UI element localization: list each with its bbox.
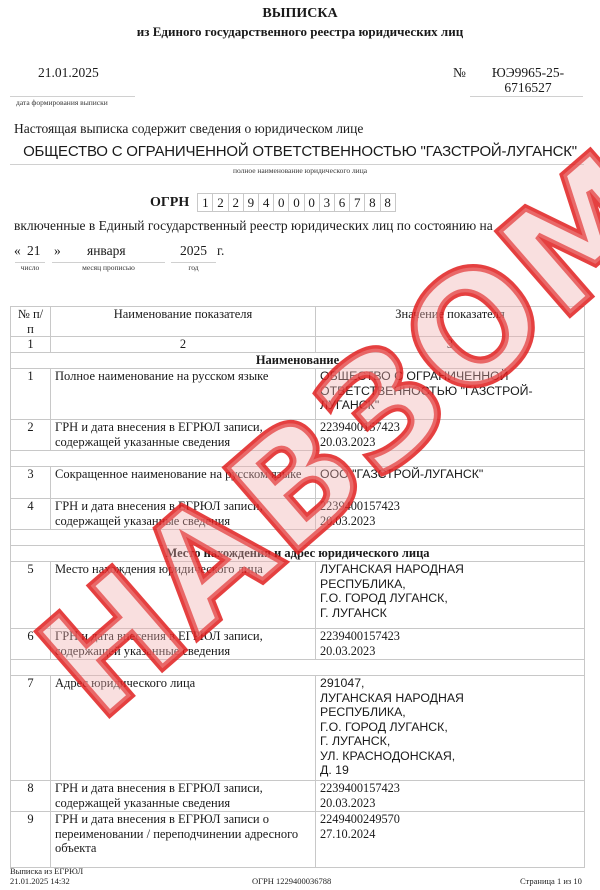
extract-number-line1: ЮЭ9965-25- — [483, 65, 573, 80]
value-line: РЕСПУБЛИКА, — [320, 577, 580, 592]
value-line: ОБЩЕСТВО С ОГРАНИЧЕННОЙ — [320, 369, 580, 384]
section-title: Место нахождения и адрес юридического ли… — [11, 546, 585, 562]
indicator-value: ОБЩЕСТВО С ОГРАНИЧЕННОЙОТВЕТСТВЕННОСТЬЮ … — [316, 369, 585, 420]
indicator-value: 291047,ЛУГАНСКАЯ НАРОДНАЯРЕСПУБЛИКА,Г.О.… — [316, 676, 585, 781]
indicator-value: ООО "ГАЗСТРОЙ-ЛУГАНСК" — [316, 467, 585, 499]
value-line: 2239400157423 — [320, 499, 580, 514]
value-line: 20.03.2023 — [320, 435, 580, 450]
value-line: ОТВЕТСТВЕННОСТЬЮ "ГАЗСТРОЙ- — [320, 384, 580, 399]
row-number: 1 — [11, 369, 51, 420]
value-line: Д. 19 — [320, 763, 580, 778]
value-line: РЕСПУБЛИКА, — [320, 705, 580, 720]
as-of-year: 2025 — [180, 243, 207, 259]
ogrn-field: ОГРН 1229400036788 — [150, 193, 396, 212]
row-number: 3 — [11, 467, 51, 499]
separator-cell — [11, 451, 585, 467]
value-line: Г. ЛУГАНСК — [320, 606, 580, 621]
separator-row — [11, 660, 585, 676]
table-row: 6ГРН и дата внесения в ЕГРЮЛ записи, сод… — [11, 629, 585, 660]
row-number: 2 — [11, 420, 51, 451]
ogrn-digit: 2 — [229, 194, 244, 211]
section-header-row: Место нахождения и адрес юридического ли… — [11, 546, 585, 562]
table-row: 1Полное наименование на русском языкеОБЩ… — [11, 369, 585, 420]
indicator-name: ГРН и дата внесения в ЕГРЮЛ записи о пер… — [51, 812, 316, 868]
separator-row — [11, 451, 585, 467]
table-row: 4ГРН и дата внесения в ЕГРЮЛ записи, сод… — [11, 499, 585, 530]
col-number-2: 2 — [51, 337, 316, 353]
as-of-day: 21 — [27, 243, 41, 259]
ogrn-digit: 1 — [198, 194, 213, 211]
value-line: 2239400157423 — [320, 629, 580, 644]
col-number-3: 3 — [316, 337, 585, 353]
indicator-value: 223940015742320.03.2023 — [316, 629, 585, 660]
number-underline — [470, 96, 583, 97]
col-number-1: 1 — [11, 337, 51, 353]
year-suffix: г. — [217, 243, 224, 259]
ogrn-digit: 0 — [289, 194, 304, 211]
company-full-name: ОБЩЕСТВО С ОГРАНИЧЕННОЙ ОТВЕТСТВЕННОСТЬЮ… — [0, 143, 600, 160]
indicator-value: 223940015742320.03.2023 — [316, 499, 585, 530]
table-row: 8ГРН и дата внесения в ЕГРЮЛ записи, сод… — [11, 781, 585, 812]
close-quote: » — [54, 243, 61, 259]
included-text: включенные в Единый государственный реес… — [14, 218, 493, 234]
value-line: ЛУГАНСКАЯ НАРОДНАЯ — [320, 562, 580, 577]
registry-table: № п/п Наименование показателя Значение п… — [10, 306, 585, 868]
indicator-name: Адрес юридического лица — [51, 676, 316, 781]
value-line: Г.О. ГОРОД ЛУГАНСК, — [320, 720, 580, 735]
footer-page-number: Страница 1 из 10 — [520, 876, 582, 886]
extract-date: 21.01.2025 — [38, 65, 99, 81]
indicator-name: ГРН и дата внесения в ЕГРЮЛ записи, соде… — [51, 629, 316, 660]
indicator-name: Полное наименование на русском языке — [51, 369, 316, 420]
ogrn-digit: 6 — [335, 194, 350, 211]
indicator-name: ГРН и дата внесения в ЕГРЮЛ записи, соде… — [51, 420, 316, 451]
extract-number: ЮЭ9965-25- 6716527 — [483, 65, 573, 95]
table-header-row: № п/п Наименование показателя Значение п… — [11, 307, 585, 337]
indicator-name: Место нахождения юридического лица — [51, 562, 316, 629]
row-number: 6 — [11, 629, 51, 660]
table-row: 3Сокращенное наименование на русском язы… — [11, 467, 585, 499]
table-row: 2ГРН и дата внесения в ЕГРЮЛ записи, сод… — [11, 420, 585, 451]
row-number: 4 — [11, 499, 51, 530]
value-line: 27.10.2024 — [320, 827, 580, 842]
footer-left: Выписка из ЕГРЮЛ 21.01.2025 14:32 — [10, 866, 83, 886]
day-caption: число — [15, 263, 45, 272]
value-line: УЛ. КРАСНОДОНСКАЯ, — [320, 749, 580, 764]
indicator-value: 224940024957027.10.2024 — [316, 812, 585, 868]
row-number: 7 — [11, 676, 51, 781]
ogrn-digit: 3 — [320, 194, 335, 211]
row-number: 9 — [11, 812, 51, 868]
value-line: Г.О. ГОРОД ЛУГАНСК, — [320, 591, 580, 606]
table-column-number-row: 1 2 3 — [11, 337, 585, 353]
document-subtitle: из Единого государственного реестра юрид… — [0, 24, 600, 40]
company-caption: полное наименование юридического лица — [0, 166, 600, 175]
ogrn-digit: 4 — [259, 194, 274, 211]
value-line: 20.03.2023 — [320, 796, 580, 811]
value-line: ООО "ГАЗСТРОЙ-ЛУГАНСК" — [320, 467, 580, 482]
date-caption: дата формирования выписки — [16, 98, 108, 107]
separator-cell — [11, 530, 585, 546]
row-number: 8 — [11, 781, 51, 812]
footer-doc-label: Выписка из ЕГРЮЛ — [10, 866, 83, 876]
ogrn-digit: 8 — [365, 194, 380, 211]
footer-generated-at: 21.01.2025 14:32 — [10, 876, 83, 886]
as-of-date: « 21 » января 2025 г. — [14, 243, 254, 263]
row-number: 5 — [11, 562, 51, 629]
document-title: ВЫПИСКА — [0, 6, 600, 22]
open-quote: « — [14, 243, 21, 259]
ogrn-label: ОГРН — [150, 195, 189, 211]
value-line: 20.03.2023 — [320, 644, 580, 659]
header-indicator-name: Наименование показателя — [51, 307, 316, 337]
ogrn-digit: 2 — [213, 194, 228, 211]
indicator-value: 223940015742320.03.2023 — [316, 781, 585, 812]
indicator-name: Сокращенное наименование на русском язык… — [51, 467, 316, 499]
table-row: 5Место нахождения юридического лицаЛУГАН… — [11, 562, 585, 629]
value-line: 2239400157423 — [320, 420, 580, 435]
indicator-value: ЛУГАНСКАЯ НАРОДНАЯРЕСПУБЛИКА,Г.О. ГОРОД … — [316, 562, 585, 629]
indicator-name: ГРН и дата внесения в ЕГРЮЛ записи, соде… — [51, 499, 316, 530]
value-line: 2249400249570 — [320, 812, 580, 827]
indicator-value: 223940015742320.03.2023 — [316, 420, 585, 451]
ogrn-digit-boxes: 1229400036788 — [197, 193, 395, 212]
ogrn-digit: 7 — [350, 194, 365, 211]
footer-ogrn: ОГРН 1229400036788 — [252, 876, 331, 886]
ogrn-digit: 8 — [381, 194, 395, 211]
value-line: 20.03.2023 — [320, 514, 580, 529]
value-line: 291047, — [320, 676, 580, 691]
indicator-name: ГРН и дата внесения в ЕГРЮЛ записи, соде… — [51, 781, 316, 812]
date-underline — [10, 96, 135, 97]
as-of-month: января — [87, 243, 126, 259]
table-row: 7Адрес юридического лица291047,ЛУГАНСКАЯ… — [11, 676, 585, 781]
table-body: Наименование1Полное наименование на русс… — [11, 353, 585, 868]
ogrn-digit: 9 — [244, 194, 259, 211]
ogrn-digit: 0 — [274, 194, 289, 211]
value-line: Г. ЛУГАНСК, — [320, 734, 580, 749]
extract-number-line2: 6716527 — [483, 80, 573, 95]
intro-text: Настоящая выписка содержит сведения о юр… — [14, 121, 363, 137]
separator-row — [11, 530, 585, 546]
header-indicator-value: Значение показателя — [316, 307, 585, 337]
ogrn-digit: 0 — [305, 194, 320, 211]
company-underline — [10, 164, 584, 165]
value-line: ЛУГАНСК" — [320, 398, 580, 413]
month-caption: месяц прописью — [52, 263, 165, 272]
year-caption: год — [171, 263, 216, 272]
section-title: Наименование — [11, 353, 585, 369]
value-line: 2239400157423 — [320, 781, 580, 796]
separator-cell — [11, 660, 585, 676]
number-sign: № — [453, 65, 466, 81]
table-row: 9ГРН и дата внесения в ЕГРЮЛ записи о пе… — [11, 812, 585, 868]
value-line: ЛУГАНСКАЯ НАРОДНАЯ — [320, 691, 580, 706]
header-number: № п/п — [11, 307, 51, 337]
section-header-row: Наименование — [11, 353, 585, 369]
